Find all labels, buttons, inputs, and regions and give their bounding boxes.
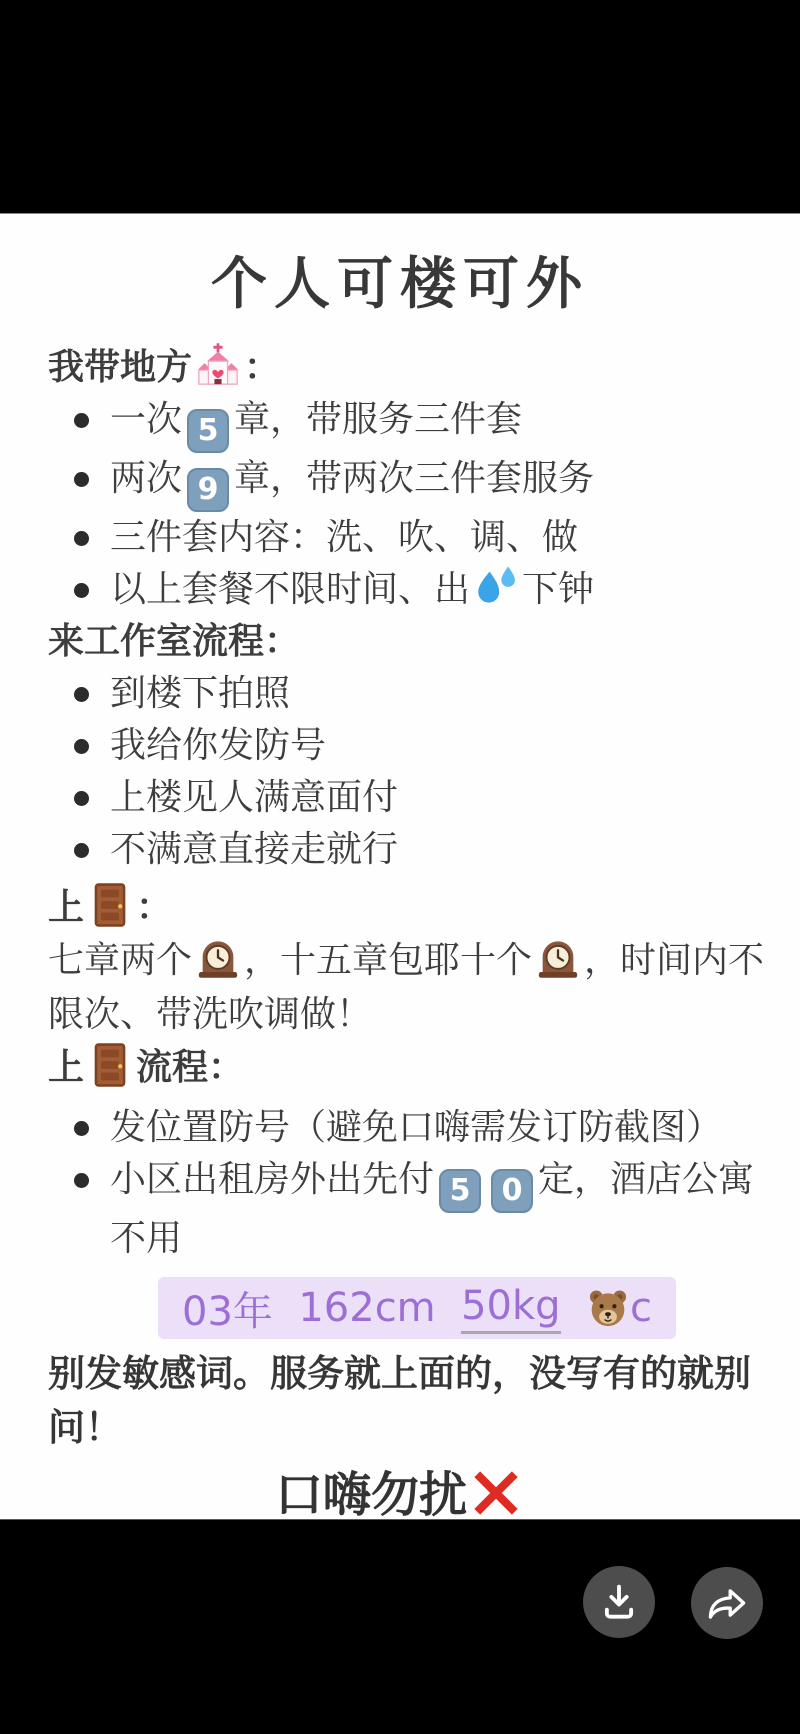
final-warning: 口嗨勿扰 [0, 1463, 800, 1527]
door-icon [87, 882, 133, 928]
badge-text: 03年 [182, 1280, 273, 1337]
paragraph: 七章两个，十五章包耶十个，时间内不限次、带洗吹调做！ [48, 934, 766, 1042]
section-heading: 我带地方： [48, 342, 766, 394]
text-run: 小区出租房外出先付 [110, 1159, 434, 1200]
badge-item: 03年 [182, 1280, 273, 1337]
flyer-body: 我带地方：一次5章，带服务三件套两次9章，带两次三件套服务三件套内容：洗、吹、调… [0, 342, 800, 1265]
bear-icon [587, 1287, 629, 1329]
text-run: 上楼见人满意面付 [110, 777, 398, 818]
text-run: 三件套内容：洗、吹、调、做 [110, 517, 578, 558]
bullet-item: 我给你发防号 [48, 720, 770, 772]
bullet-dot [74, 531, 89, 546]
keycap-5-icon: 5 [439, 1169, 481, 1213]
section-heading: 来工作室流程： [48, 616, 766, 668]
text-run: 不满意直接走就行 [110, 829, 398, 870]
badge-text: c [630, 1285, 652, 1331]
badge-item: c [586, 1285, 652, 1331]
bullet-item: 三件套内容：洗、吹、调、做 [48, 512, 770, 564]
text-run: 发位置防号（避免口嗨需发订防截图） [110, 1107, 722, 1148]
bullet-dot [74, 1121, 89, 1136]
bullet-item: 上楼见人满意面付 [48, 772, 770, 824]
text-run: ： [244, 347, 280, 388]
bullet-dot [74, 583, 89, 598]
badge-text: 162cm [298, 1285, 435, 1331]
clock-icon [535, 935, 581, 981]
keycap-9-icon: 9 [187, 468, 229, 512]
share-button[interactable] [691, 1567, 763, 1639]
church-icon [195, 342, 241, 388]
text-run: 七章两个 [48, 940, 192, 981]
text-run: 上 [48, 1047, 84, 1088]
bottom-letterbox [0, 1520, 800, 1734]
bullet-item: 小区出租房外出先付50定，酒店公寓不用 [48, 1154, 770, 1265]
text-run: 我给你发防号 [110, 725, 326, 766]
keycap-0-icon: 0 [491, 1169, 533, 1213]
text-run: 流程： [136, 1047, 244, 1088]
bullet-dot [74, 1173, 89, 1188]
text-run: 一次 [110, 399, 182, 440]
page-title: 个人可楼可外 [0, 240, 800, 320]
bullet-dot [74, 739, 89, 754]
bullet-dot [74, 791, 89, 806]
section-heading: 上： [48, 882, 766, 934]
text-run: 章，带两次三件套服务 [234, 458, 594, 499]
bullet-dot [74, 472, 89, 487]
text-run: 以上套餐不限时间、出 [110, 569, 470, 610]
keycap-5-icon: 5 [187, 409, 229, 453]
warning-text: 别发敏感词。服务就上面的，没写有的就别问！ [48, 1347, 770, 1455]
text-run: 两次 [110, 458, 182, 499]
badge-item: 162cm [298, 1285, 435, 1331]
top-letterbox [0, 0, 800, 213]
door-icon [87, 1042, 133, 1088]
bullet-item: 不满意直接走就行 [48, 824, 770, 876]
text-run: ： [136, 887, 172, 928]
bullet-dot [74, 843, 89, 858]
badge-item: 50kg [461, 1283, 560, 1334]
text-run: 来工作室流程： [48, 621, 300, 662]
bullet-dot [74, 687, 89, 702]
text-run: 章，带服务三件套 [234, 399, 522, 440]
stats-badge: 03年162cm50kgc [158, 1277, 676, 1339]
text-run: 上 [48, 887, 84, 928]
text-run: ，十五章包耶十个 [244, 940, 532, 981]
bullet-item: 到楼下拍照 [48, 668, 770, 720]
bullet-item: 以上套餐不限时间、出下钟 [48, 564, 770, 616]
red-x-icon [470, 1467, 522, 1519]
bullet-item: 两次9章，带两次三件套服务 [48, 453, 770, 512]
share-icon [704, 1580, 750, 1626]
bullet-item: 一次5章，带服务三件套 [48, 394, 770, 453]
text-run: 下钟 [522, 569, 594, 610]
droplets-icon [473, 564, 519, 610]
bullet-dot [74, 413, 89, 428]
text-run: 到楼下拍照 [110, 673, 290, 714]
text-run: 口嗨勿扰 [275, 1467, 467, 1523]
badge-text: 50kg [461, 1283, 560, 1334]
download-icon [596, 1579, 642, 1625]
flyer-image: 个人可楼可外 我带地方：一次5章，带服务三件套两次9章，带两次三件套服务三件套内… [0, 213, 800, 1520]
text-run: 我带地方 [48, 347, 192, 388]
bullet-item: 发位置防号（避免口嗨需发订防截图） [48, 1102, 770, 1154]
section-heading: 上流程： [48, 1042, 766, 1094]
clock-icon [195, 935, 241, 981]
download-button[interactable] [583, 1566, 655, 1638]
